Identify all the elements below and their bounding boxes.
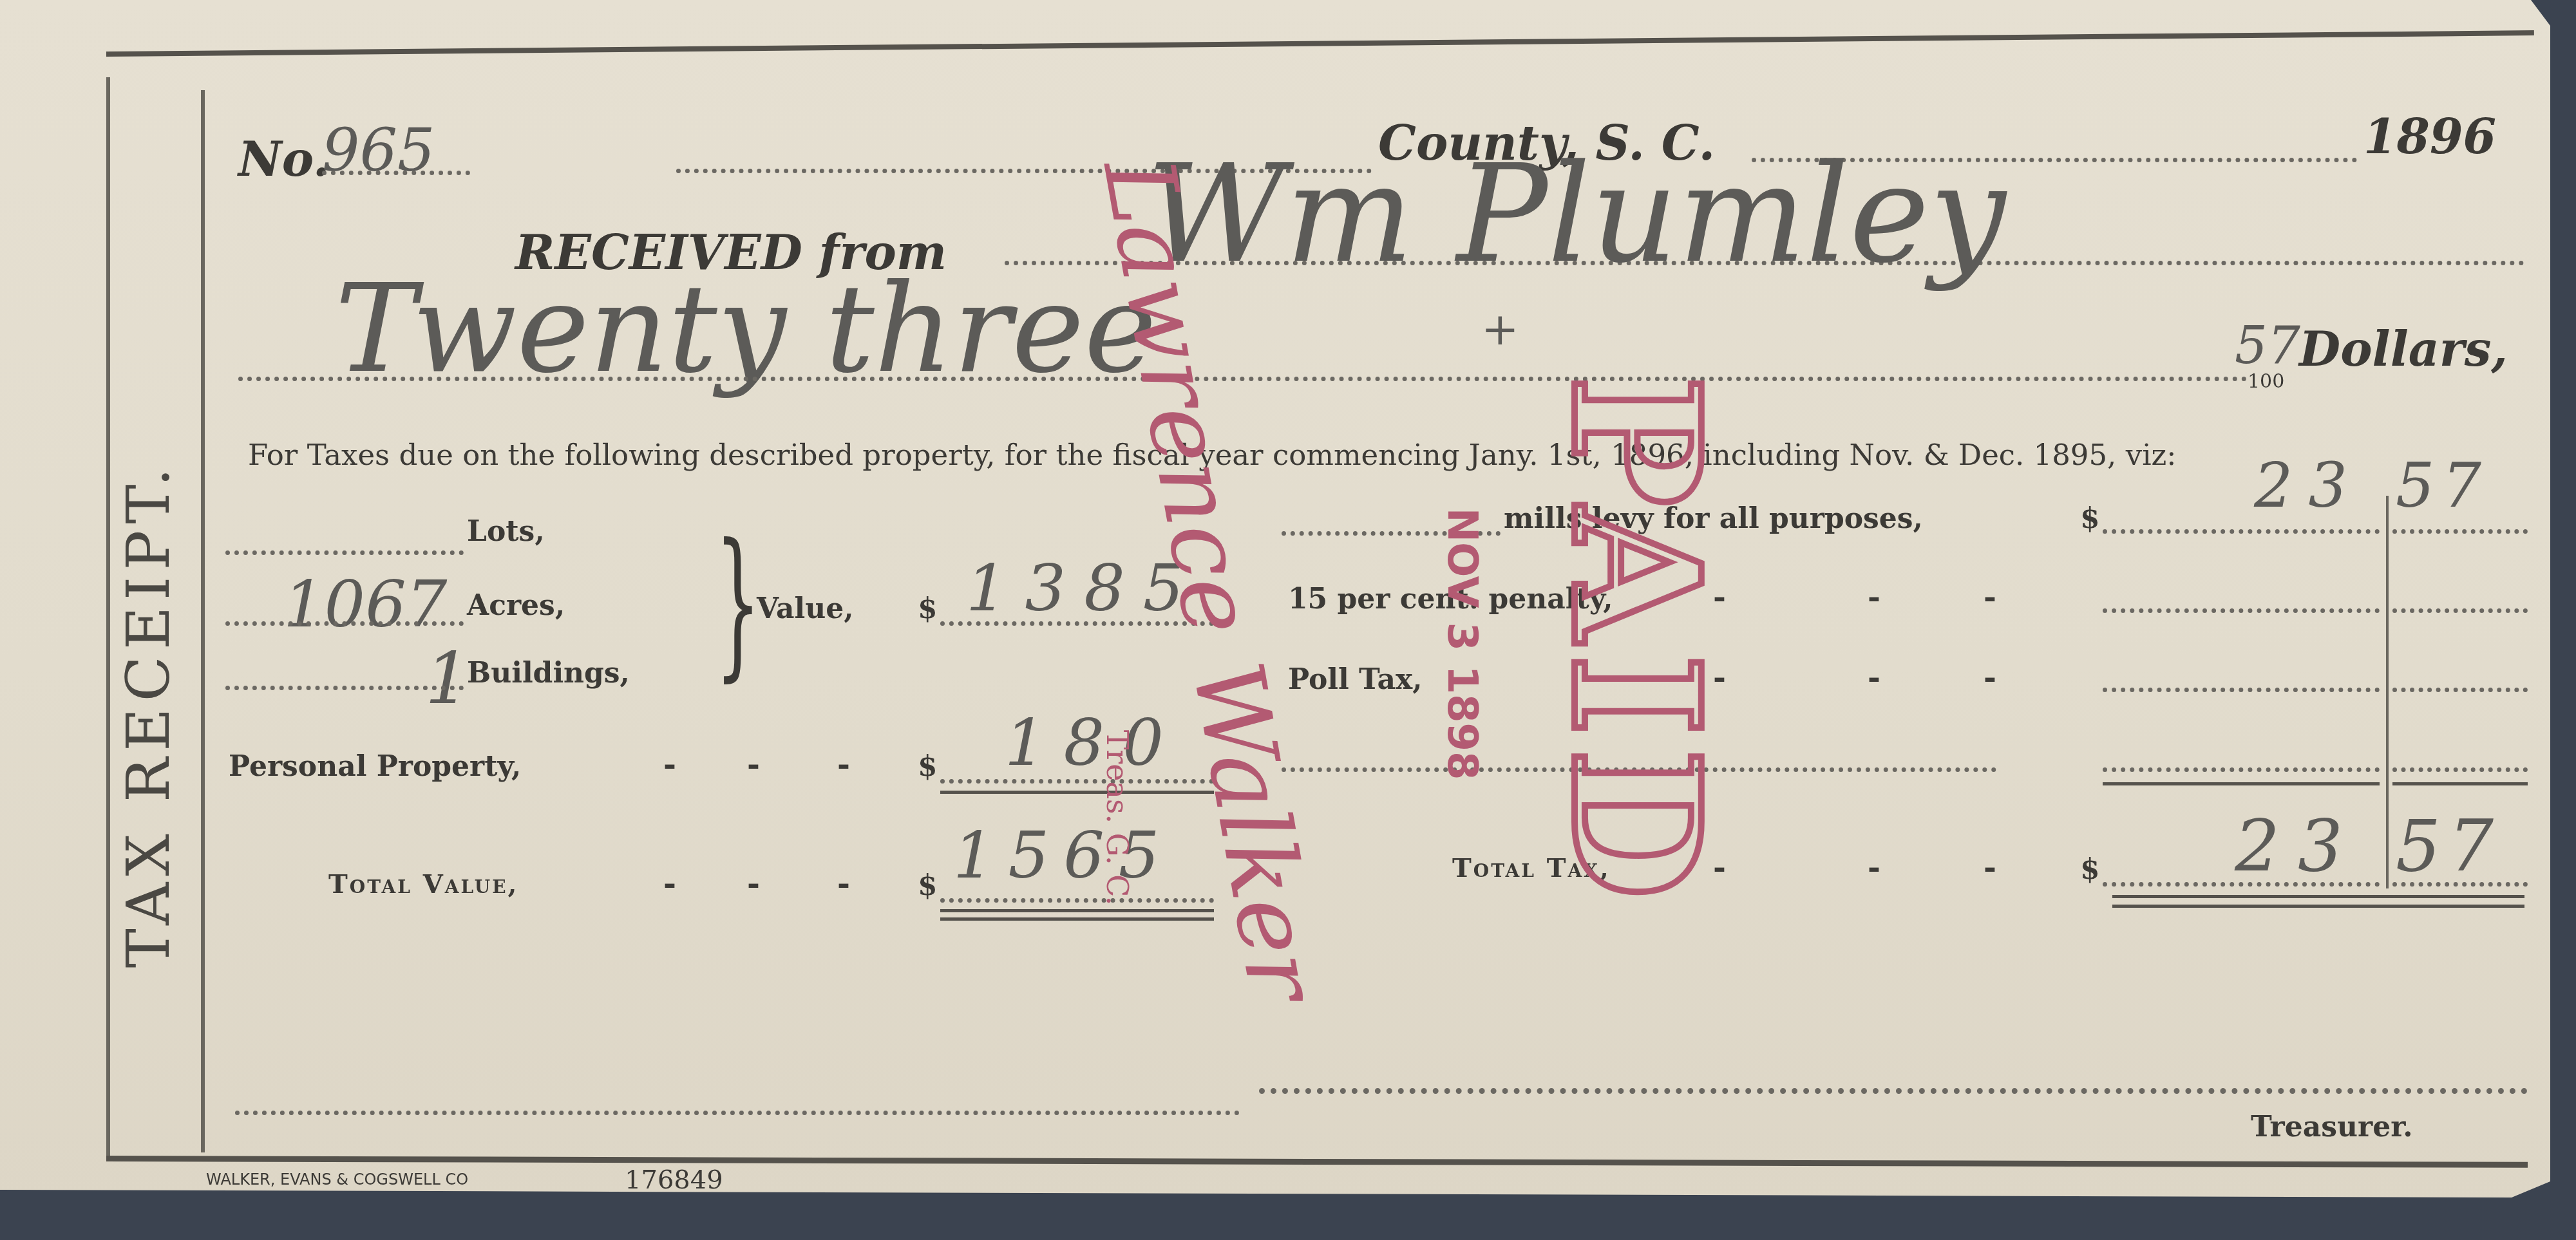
mills-dollars-value: 23 — [2254, 451, 2363, 521]
amount-plus-mark: + — [1481, 303, 1519, 355]
personal-property-dash-3: - — [837, 747, 850, 783]
poll-tax-cents-line — [2392, 688, 2528, 692]
receipt-number-line — [322, 171, 470, 175]
payer-name-value: Wm Plumley — [1146, 135, 2006, 293]
year-label: 1896 — [2363, 109, 2496, 165]
top-rule — [106, 30, 2534, 57]
subtotal-rule-cents — [2392, 782, 2528, 785]
acres-value: 1067 — [283, 567, 448, 642]
left-frame-outer-line — [106, 77, 110, 1159]
lots-line — [225, 550, 464, 555]
left-frame-inner-line — [201, 90, 205, 1152]
total-tax-underline-2 — [2112, 905, 2524, 908]
total-value-dash-3: - — [837, 866, 850, 902]
personal-property-dollar-sign: $ — [918, 750, 938, 783]
total-value-line — [940, 898, 1214, 903]
treasurer-title-stamp: Treas. G. C. — [1100, 730, 1135, 906]
acres-label: Acres, — [467, 589, 565, 622]
poll-tax-dollars-line — [2103, 688, 2380, 692]
bottom-rule — [106, 1156, 2528, 1168]
cents-denominator: 100 — [2248, 370, 2284, 393]
mills-dollar-sign: $ — [2080, 502, 2100, 535]
printer-credit: WALKER, EVANS & COGSWELL CO — [206, 1170, 468, 1188]
total-tax-dash-2: - — [1868, 850, 1880, 886]
mills-cents-value: 57 — [2396, 451, 2489, 521]
paid-date-stamp: NOV 3 1898 — [1438, 508, 1486, 780]
personal-property-dash-2: - — [747, 747, 760, 783]
value-label: Value, — [757, 592, 854, 625]
penalty-dash-2: - — [1868, 579, 1880, 615]
paid-date-text: NOV 3 1898 — [1438, 508, 1486, 780]
penalty-dash-3: - — [1984, 579, 1996, 615]
personal-property-value: 180 — [1005, 705, 1182, 780]
mills-cents-line — [2392, 529, 2528, 534]
receipt-number-label: No. — [238, 132, 329, 187]
amount-words-line — [238, 377, 2248, 381]
property-group-brace: } — [715, 509, 761, 696]
buildings-value: 1 — [425, 637, 470, 720]
tax-receipt-side-label: TAX RECEIPT. — [114, 462, 183, 968]
personal-property-dash-1: - — [663, 747, 676, 783]
treasurer-signature-line — [1259, 1088, 2528, 1094]
total-tax-cents-value: 57 — [2396, 805, 2501, 887]
buildings-label: Buildings, — [467, 657, 630, 690]
total-value-amount: 1565 — [953, 818, 1174, 893]
poll-tax-dash-2: - — [1868, 660, 1880, 696]
dollars-cents-divider — [2386, 496, 2389, 888]
penalty-cents-line — [2392, 608, 2528, 613]
total-value-label: Total Value, — [328, 869, 518, 899]
value-dollar-sign: $ — [918, 592, 938, 625]
treasurer-label: Treasurer. — [2251, 1111, 2413, 1143]
treasurer-title-text: Treas. G. C. — [1100, 730, 1135, 906]
total-tax-dollar-sign: $ — [2080, 853, 2100, 886]
acres-line — [225, 621, 464, 626]
amount-cents-value: 57 — [2235, 315, 2300, 375]
total-value-underline-1 — [940, 909, 1214, 912]
total-tax-dollars-value: 23 — [2235, 805, 2361, 887]
paid-stamp-text: PAID — [1533, 375, 1738, 912]
penalty-dollars-line — [2103, 608, 2380, 613]
total-tax-dash-3: - — [1984, 850, 1996, 886]
form-number: 176849 — [625, 1165, 723, 1195]
total-value-dash-2: - — [747, 866, 760, 902]
dollars-label: Dollars, — [2299, 322, 2508, 377]
lots-label: Lots, — [467, 515, 545, 548]
paid-stamp: PAID — [1533, 375, 1738, 912]
personal-property-underline — [940, 791, 1214, 794]
total-tax-underline-1 — [2112, 895, 2524, 898]
left-signature-line — [235, 1111, 1240, 1115]
personal-property-label: Personal Property, — [229, 750, 521, 783]
total-value-underline-2 — [940, 917, 1214, 921]
total-value-dollar-sign: $ — [918, 869, 938, 902]
tax-receipt-document: TAX RECEIPT. No. 965 County, S. C. 1896 … — [0, 0, 2550, 1210]
poll-tax-label: Poll Tax, — [1288, 663, 1423, 696]
subtotal-rule-dollars — [2103, 782, 2380, 785]
total-value-dash-1: - — [663, 866, 676, 902]
blank-item-cents-line — [2392, 767, 2528, 772]
buildings-line — [225, 686, 464, 690]
blank-item-dollars-line — [2103, 767, 2380, 772]
mills-dollars-line — [2103, 529, 2380, 534]
poll-tax-dash-3: - — [1984, 660, 1996, 696]
